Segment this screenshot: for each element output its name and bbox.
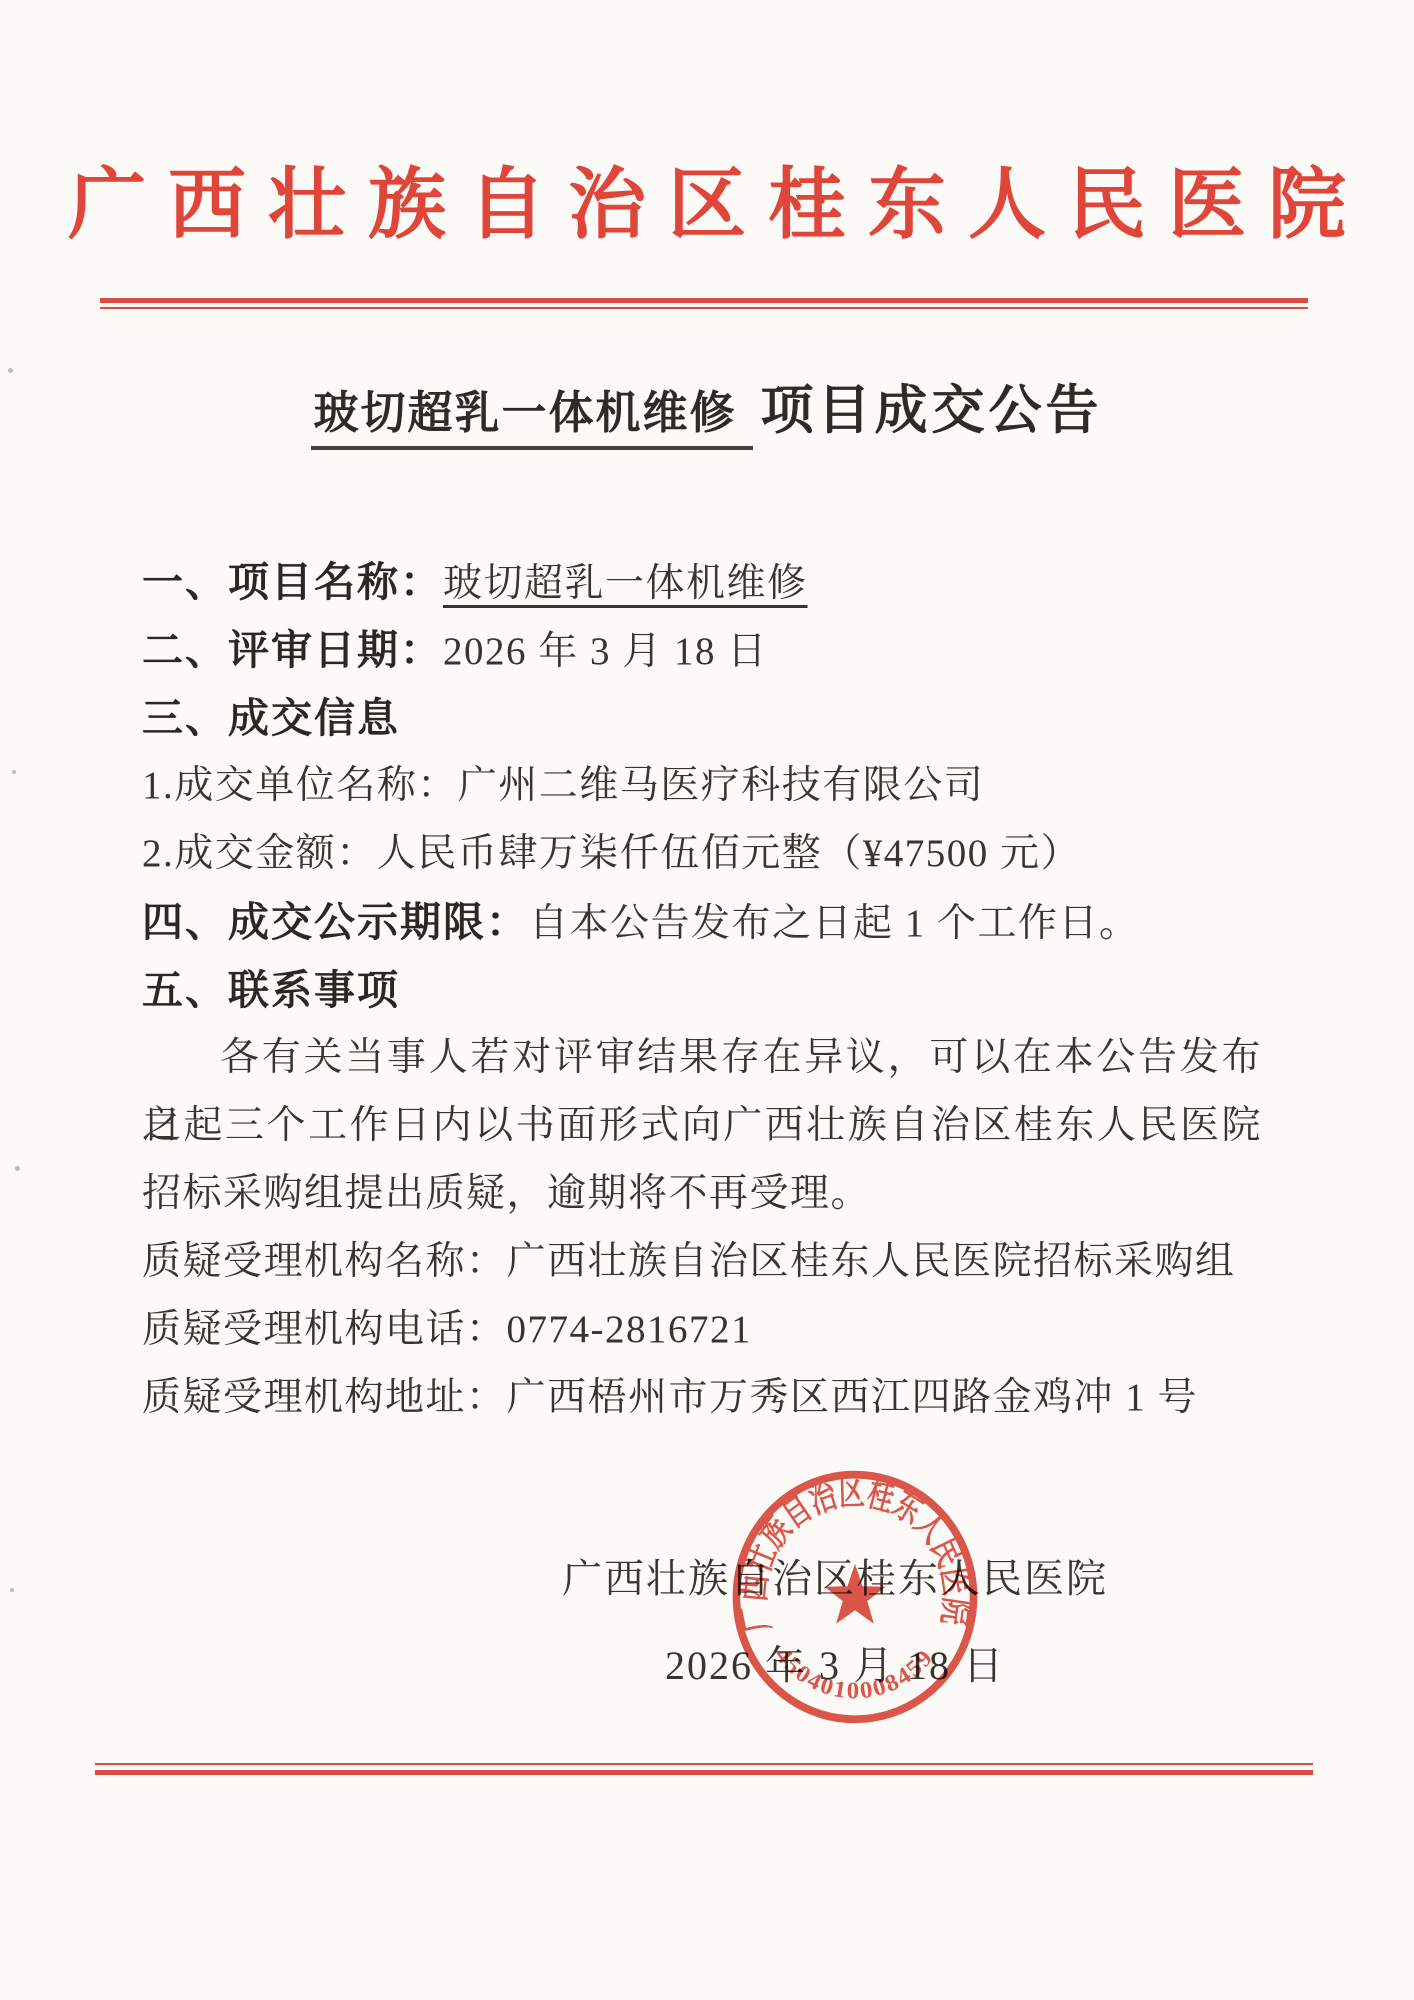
item-value: 广州二维马医疗科技有限公司 [458, 764, 985, 807]
seal-serial-number: 4504010008459 [770, 1642, 939, 1704]
item-label: 质疑受理机构名称： [142, 1240, 507, 1283]
seal-graphic: 广西壮族自治区桂东人民医院 4504010008459 [728, 1466, 982, 1728]
document-body: 一、项目名称：玻切超乳一体机维修 二、评审日期：2026 年 3 月 18 日 … [142, 548, 1262, 1432]
contact-heading: 五、联系事项 [142, 956, 1262, 1024]
announcement-title: 玻切超乳一体机维修项目成交公告 [0, 368, 1414, 450]
scan-speck [15, 1166, 20, 1171]
title-project-name-underlined: 玻切超乳一体机维修 [311, 387, 752, 450]
project-name-line: 一、项目名称：玻切超乳一体机维修 [142, 548, 1262, 616]
item-value: 0774-2816721 [507, 1308, 753, 1351]
item-label: 一、项目名称： [142, 559, 443, 605]
item-value: 人民币肆万柒仟伍佰元整（¥47500 元） [377, 832, 1081, 875]
seal-ring-text: 广西壮族自治区桂东人民医院 [732, 1471, 978, 1636]
hospital-letterhead: 广西壮族自治区桂东人民医院 [0, 150, 1414, 260]
item-label: 四、成交公示期限： [142, 899, 529, 945]
red-star-icon [824, 1564, 885, 1624]
item-label: 1.成交单位名称： [142, 764, 458, 807]
footer-rule-thick [95, 1770, 1313, 1775]
letterhead-rule-thick [100, 298, 1308, 303]
objection-paragraph-line: 招标采购组提出质疑，逾期将不再受理。 [142, 1160, 1262, 1228]
section-heading: 五、联系事项 [142, 967, 400, 1013]
item-value: 广西梧州市万秀区西江四路金鸡冲 1 号 [507, 1376, 1199, 1419]
scan-speck [12, 770, 16, 774]
item-label: 质疑受理机构地址： [142, 1376, 507, 1419]
item-value: 2026 年 3 月 18 日 [443, 630, 768, 673]
objection-paragraph-line: 日起三个工作日内以书面形式向广西壮族自治区桂东人民医院 [142, 1092, 1262, 1160]
item-label: 二、评审日期： [142, 627, 443, 673]
letterhead-rule-thin [100, 307, 1308, 309]
item-value: 广西壮族自治区桂东人民医院招标采购组 [507, 1240, 1236, 1283]
objection-org-line: 质疑受理机构名称：广西壮族自治区桂东人民医院招标采购组 [142, 1228, 1262, 1296]
publicity-period-line: 四、成交公示期限：自本公告发布之日起 1 个工作日。 [142, 888, 1262, 956]
title-announcement-suffix: 项目成交公告 [761, 382, 1103, 440]
item-label: 2.成交金额： [142, 832, 377, 875]
objection-address-line: 质疑受理机构地址：广西梧州市万秀区西江四路金鸡冲 1 号 [142, 1364, 1262, 1432]
footer-rule-thin [95, 1763, 1313, 1765]
supplier-line: 1.成交单位名称：广州二维马医疗科技有限公司 [142, 752, 1262, 820]
item-value: 玻切超乳一体机维修 [443, 562, 808, 605]
item-value: 自本公告发布之日起 1 个工作日。 [529, 902, 1140, 945]
official-seal: 广西壮族自治区桂东人民医院 4504010008459 [728, 1466, 982, 1728]
objection-phone-line: 质疑受理机构电话：0774-2816721 [142, 1296, 1262, 1364]
review-date-line: 二、评审日期：2026 年 3 月 18 日 [142, 616, 1262, 684]
award-info-heading: 三、成交信息 [142, 684, 1262, 752]
scan-speck [10, 1588, 14, 1592]
section-heading: 三、成交信息 [142, 695, 400, 741]
document-page: 广西壮族自治区桂东人民医院 玻切超乳一体机维修项目成交公告 一、项目名称：玻切超… [0, 0, 1414, 2000]
amount-line: 2.成交金额：人民币肆万柒仟伍佰元整（¥47500 元） [142, 820, 1262, 888]
objection-paragraph-line: 各有关当事人若对评审结果存在异议，可以在本公告发布之 [142, 1024, 1262, 1092]
item-label: 质疑受理机构电话： [142, 1308, 507, 1351]
